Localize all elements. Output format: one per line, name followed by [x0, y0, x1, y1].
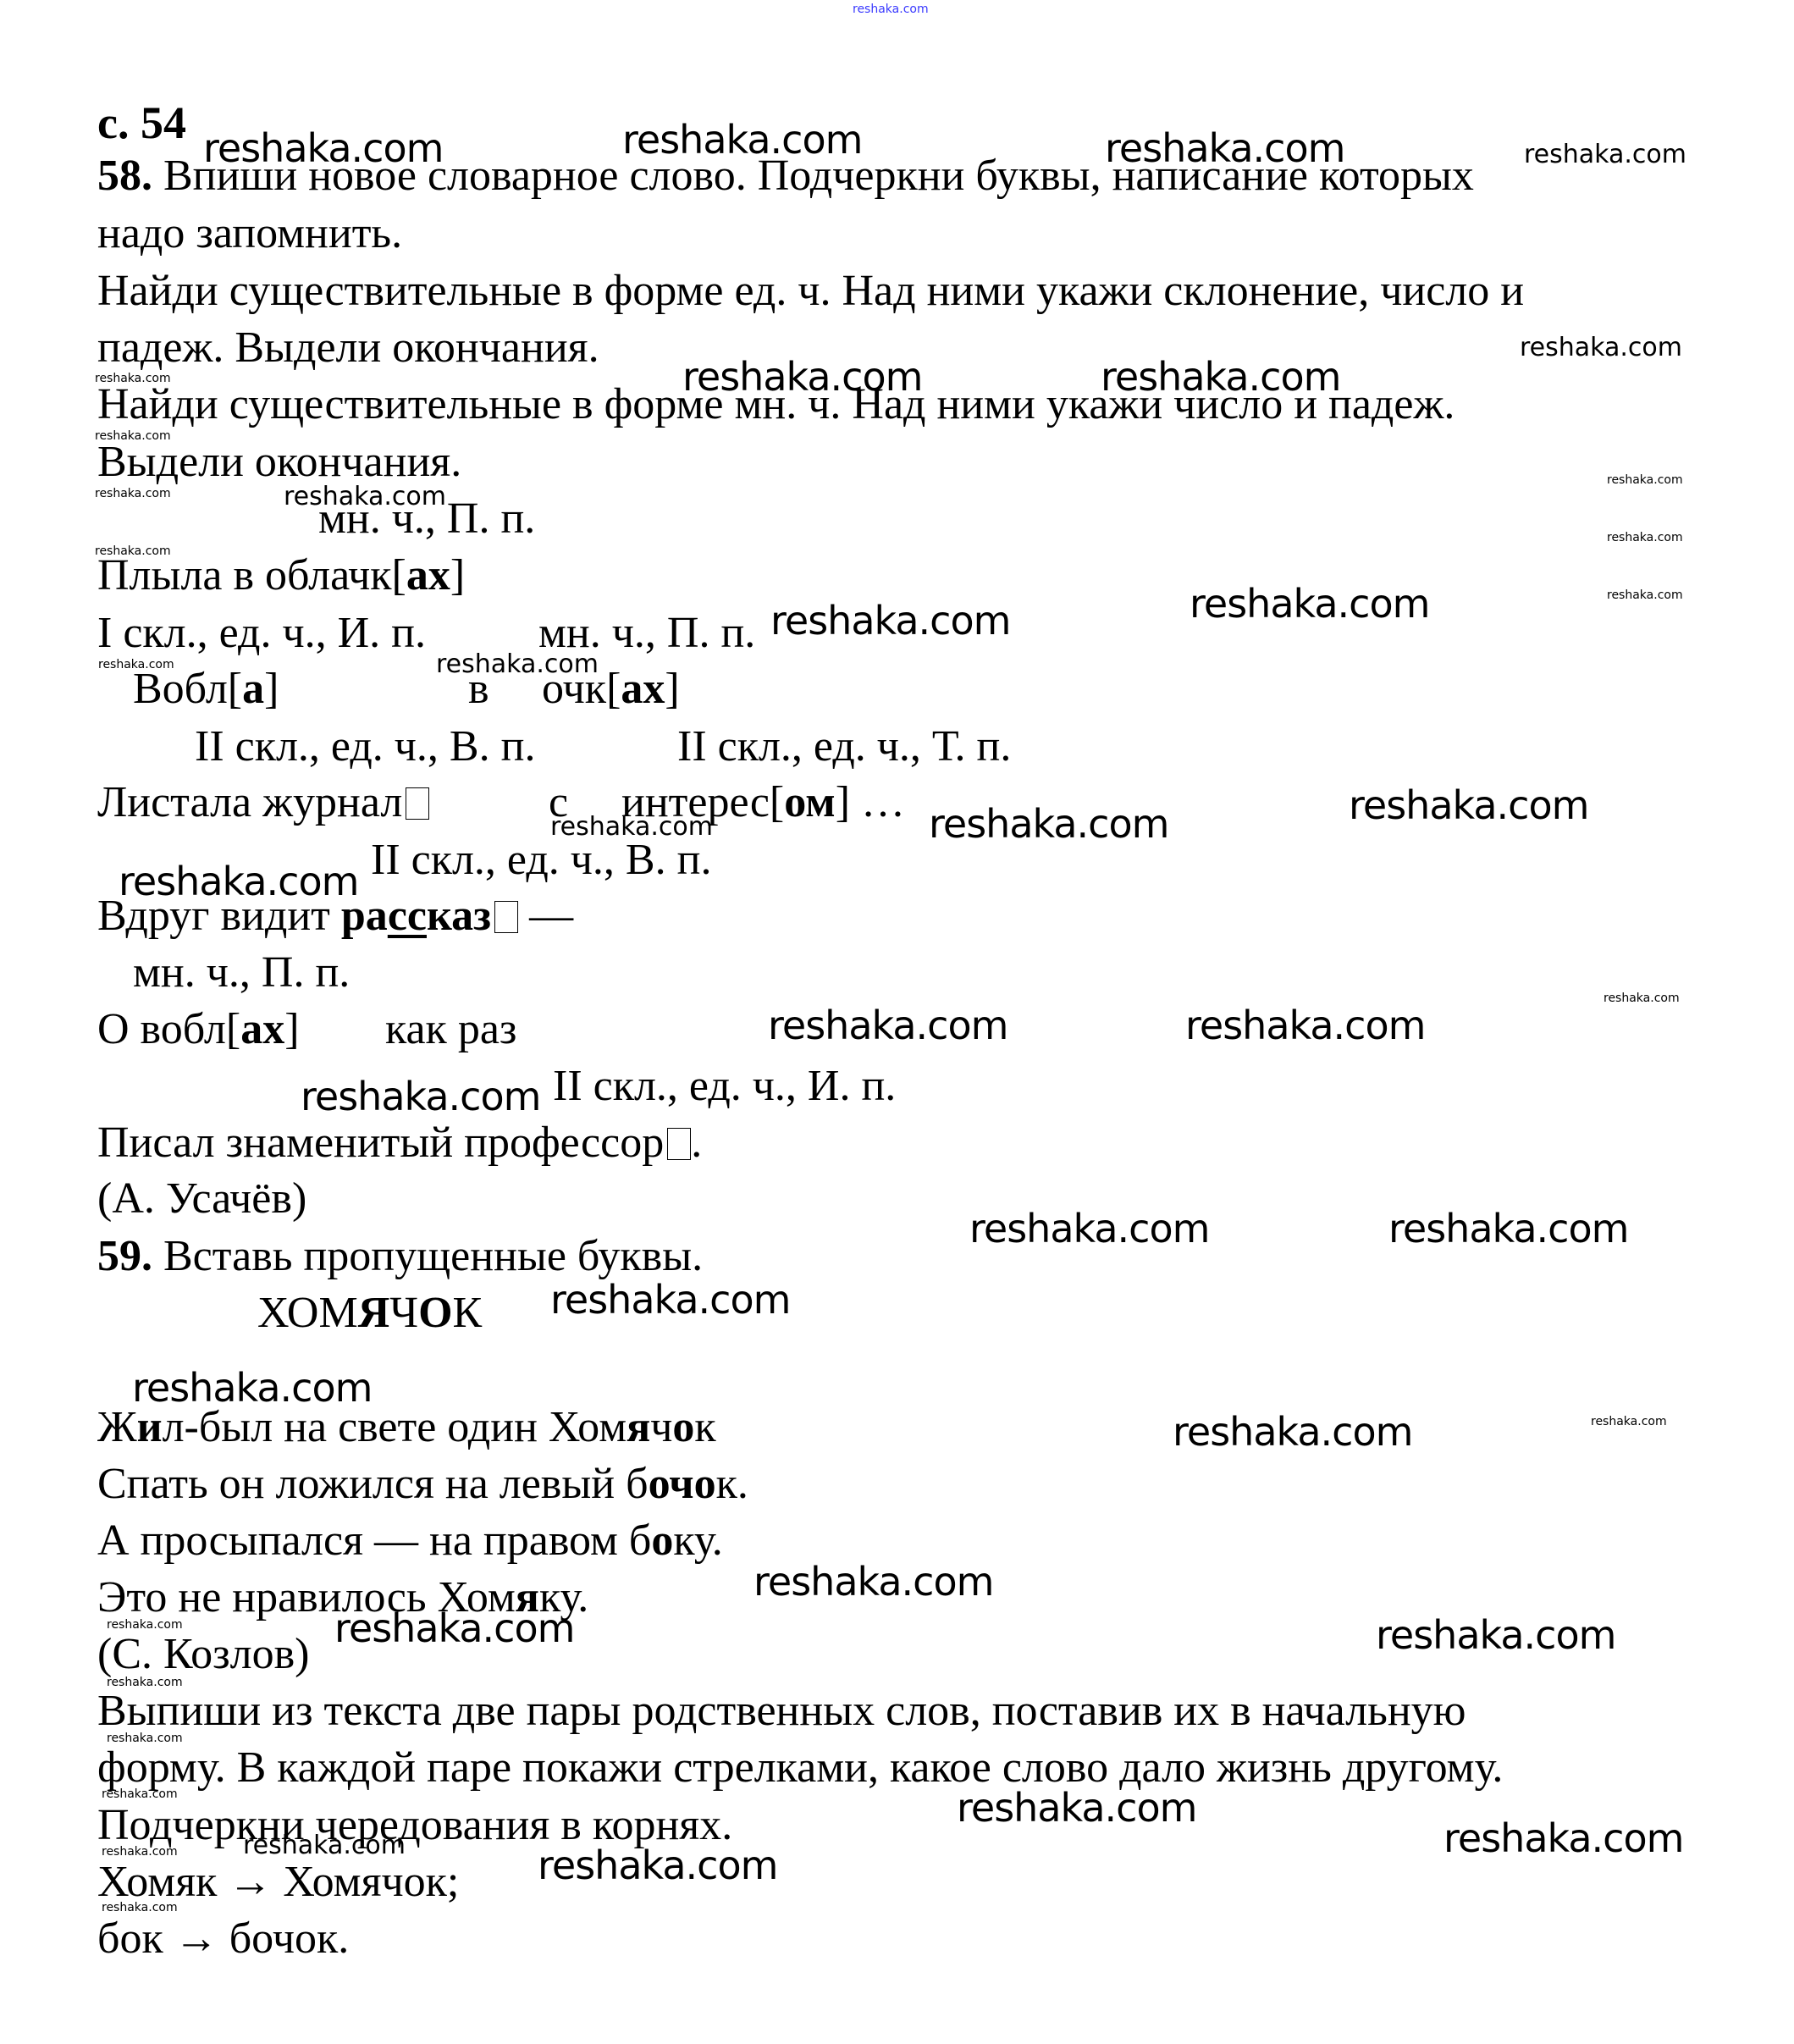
- watermark-small[interactable]: reshaka.com: [1607, 474, 1683, 486]
- ex59-task2-line3: Подчеркни чередования в корнях.: [97, 1804, 732, 1848]
- watermark-small[interactable]: reshaka.com: [95, 373, 171, 384]
- watermark[interactable]: reshaka.com: [203, 129, 443, 168]
- watermark[interactable]: reshaka.com: [436, 652, 599, 677]
- ex58-task-line2: надо запомнить.: [97, 212, 402, 256]
- watermark-small[interactable]: reshaka.com: [107, 1619, 183, 1631]
- watermark-small[interactable]: reshaka.com: [95, 488, 171, 500]
- watermark[interactable]: reshaka.com: [1190, 584, 1429, 623]
- ex58-task-line6: Выдели окончания.: [97, 440, 461, 484]
- watermark[interactable]: reshaka.com: [1105, 129, 1344, 168]
- watermark-small[interactable]: reshaka.com: [102, 1846, 178, 1858]
- watermark[interactable]: reshaka.com: [1376, 1616, 1615, 1655]
- watermark[interactable]: reshaka.com: [768, 1006, 1007, 1045]
- ending: ом: [784, 778, 835, 826]
- watermark[interactable]: reshaka.com: [119, 862, 358, 901]
- watermark-small[interactable]: reshaka.com: [98, 659, 174, 671]
- ex59-task: 59. Вставь пропущенные буквы.: [97, 1235, 703, 1279]
- poem-line-2a: Вобл[а]: [133, 667, 279, 711]
- annotation-3a: II скл., ед. ч., В. п.: [195, 725, 535, 769]
- ex59-number: 59.: [97, 1232, 152, 1280]
- watermark-small[interactable]: reshaka.com: [95, 545, 171, 557]
- ex58-task-line3: Найди существительные в форме ед. ч. Над…: [97, 269, 1524, 313]
- watermark-small[interactable]: reshaka.com: [102, 1902, 178, 1914]
- watermark[interactable]: reshaka.com: [1173, 1412, 1412, 1451]
- watermark[interactable]: reshaka.com: [550, 815, 713, 840]
- ending: ах: [406, 551, 450, 599]
- annotation-2a: I скл., ед. ч., И. п.: [97, 611, 426, 655]
- ex59-poem-line-2: Спать он ложился на левый бочок.: [97, 1462, 748, 1506]
- poem-line-5a: О вобл[ах]: [97, 1008, 300, 1052]
- ex59-answer-2: бок → бочок.: [97, 1917, 349, 1961]
- missing-char-box: [494, 901, 518, 933]
- watermark[interactable]: reshaka.com: [538, 1846, 777, 1885]
- poem-line-6: Писал знаменитый профессор.: [97, 1121, 702, 1165]
- watermark-small[interactable]: reshaka.com: [102, 1788, 178, 1800]
- ex59-title: ХОМЯЧОК: [257, 1291, 482, 1335]
- watermark[interactable]: reshaka.com: [682, 357, 922, 396]
- missing-char-box: [667, 1128, 691, 1160]
- missing-char-box: [406, 787, 429, 820]
- ex59-task2-line1: Выпиши из текста две пары родственных сл…: [97, 1689, 1466, 1733]
- poem-line-3a: Листала журнал: [97, 781, 429, 825]
- watermark-small[interactable]: reshaka.com: [107, 1732, 183, 1744]
- watermark[interactable]: reshaka.com: [770, 601, 1010, 640]
- ex59-task2-line2: форму. В каждой паре покажи стрелками, к…: [97, 1746, 1503, 1790]
- poem-line-5b: как раз: [385, 1008, 516, 1052]
- watermark[interactable]: reshaka.com: [334, 1609, 574, 1648]
- watermark[interactable]: reshaka.com: [957, 1788, 1196, 1827]
- watermark[interactable]: reshaka.com: [1520, 335, 1682, 361]
- watermark[interactable]: reshaka.com: [1524, 142, 1686, 168]
- watermark-small[interactable]: reshaka.com: [1604, 992, 1680, 1004]
- top-watermark[interactable]: reshaka.com: [853, 3, 929, 15]
- poem-line-1: Плыла в облачк[ах]: [97, 554, 465, 598]
- watermark[interactable]: reshaka.com: [969, 1209, 1209, 1248]
- ending: ах: [240, 1005, 284, 1053]
- ex59-poem-line-1: Жил-был на свете один Хомячок: [97, 1406, 716, 1450]
- watermark[interactable]: reshaka.com: [753, 1562, 993, 1601]
- watermark[interactable]: reshaka.com: [929, 804, 1168, 843]
- watermark-small[interactable]: reshaka.com: [1591, 1416, 1667, 1428]
- watermark-small[interactable]: reshaka.com: [107, 1677, 183, 1688]
- watermark[interactable]: reshaka.com: [1101, 357, 1340, 396]
- watermark-small[interactable]: reshaka.com: [95, 430, 171, 442]
- watermark[interactable]: reshaka.com: [1349, 786, 1588, 825]
- watermark[interactable]: reshaka.com: [1443, 1819, 1683, 1858]
- ex59-poem-author: (С. Козлов): [97, 1632, 309, 1677]
- ending: а: [242, 665, 264, 713]
- ex58-task-line4: падеж. Выдели окончания.: [97, 326, 599, 370]
- watermark[interactable]: reshaka.com: [284, 484, 446, 510]
- annotation-4: II скл., ед. ч., В. п.: [371, 838, 711, 882]
- annotation-5: мн. ч., П. п.: [133, 951, 350, 995]
- watermark[interactable]: reshaka.com: [1185, 1006, 1425, 1045]
- ex58-number: 58.: [97, 152, 152, 200]
- ex59-poem-line-3: А просыпался — на правом боку.: [97, 1519, 723, 1563]
- watermark-small[interactable]: reshaka.com: [1607, 532, 1683, 544]
- watermark-small[interactable]: reshaka.com: [1607, 589, 1683, 601]
- watermark[interactable]: reshaka.com: [132, 1368, 372, 1407]
- annotation-3b: II скл., ед. ч., Т. п.: [677, 725, 1011, 769]
- watermark[interactable]: reshaka.com: [301, 1077, 540, 1116]
- ending: ах: [621, 665, 665, 713]
- underlined-letters: сс: [388, 892, 427, 940]
- watermark[interactable]: reshaka.com: [1388, 1209, 1628, 1248]
- watermark[interactable]: reshaka.com: [550, 1280, 790, 1319]
- page-reference: с. 54: [97, 100, 186, 146]
- watermark[interactable]: reshaka.com: [243, 1833, 406, 1859]
- ex59-answer-1: Хомяк → Хомячок;: [97, 1860, 459, 1904]
- poem-author: (А. Усачёв): [97, 1177, 306, 1221]
- watermark[interactable]: reshaka.com: [622, 120, 862, 159]
- annotation-6: II скл., ед. ч., И. п.: [553, 1064, 896, 1108]
